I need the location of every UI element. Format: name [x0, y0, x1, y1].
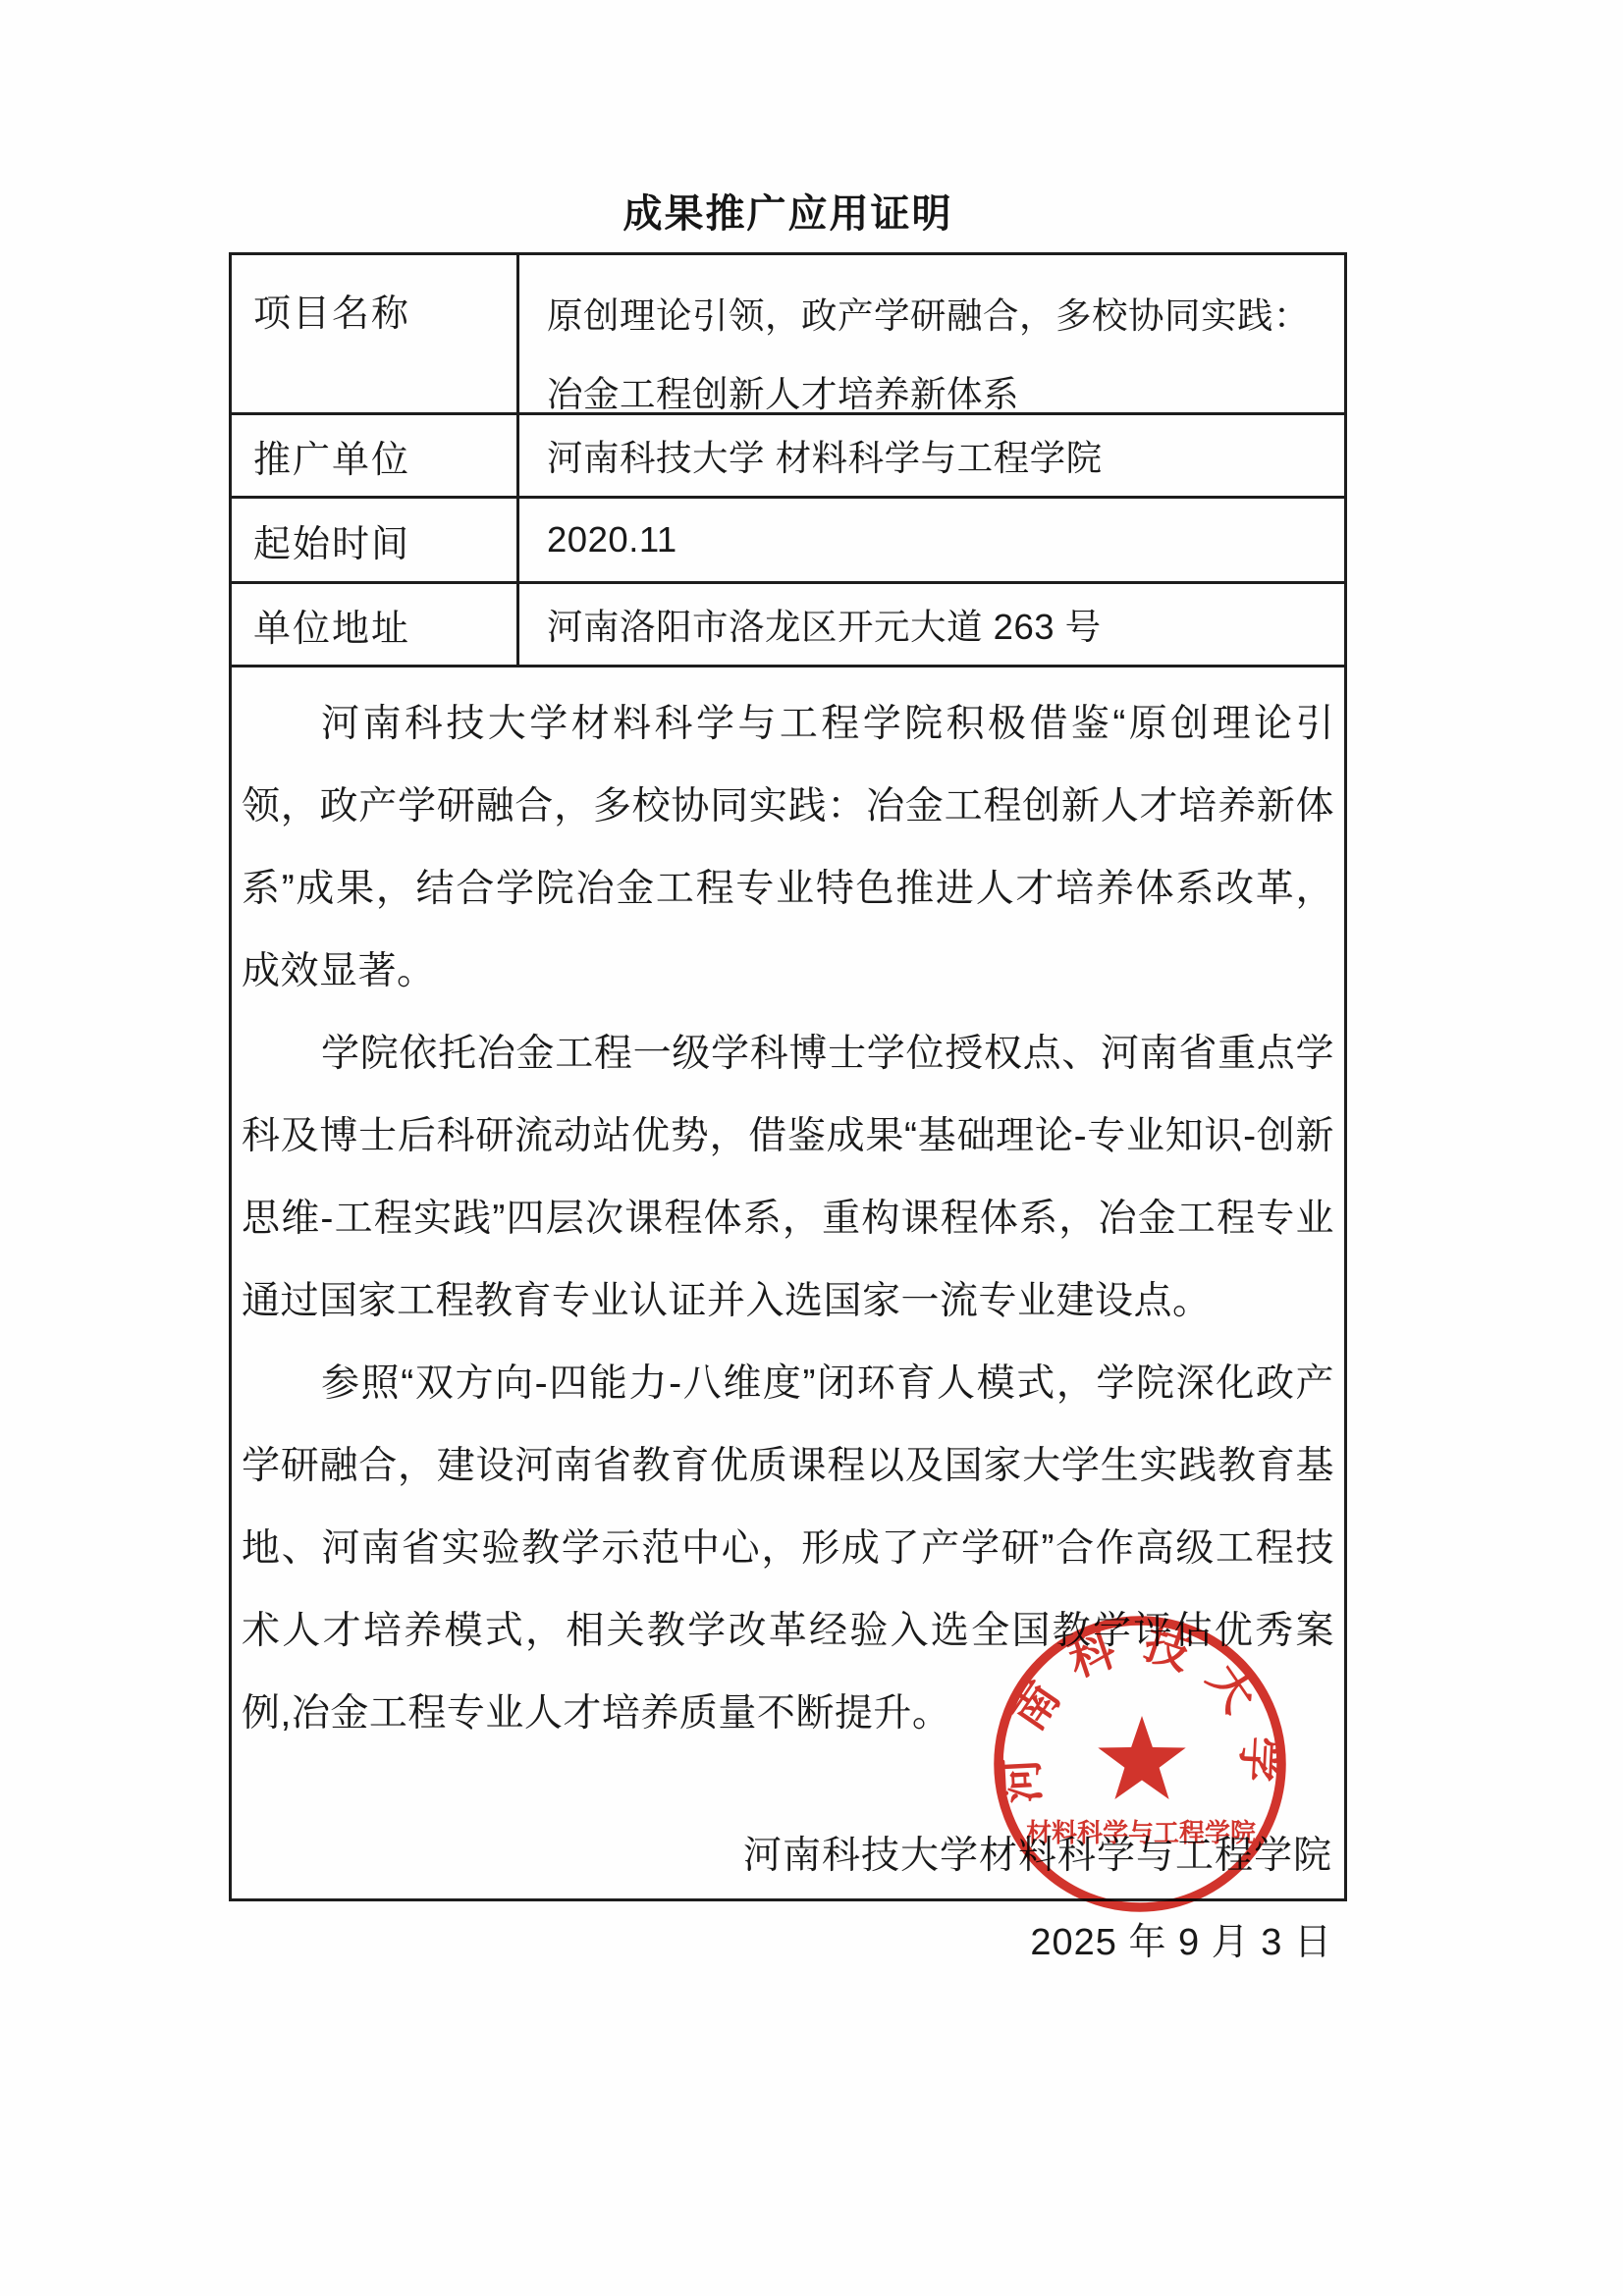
row-label-start-time: 起始时间: [232, 499, 519, 581]
table-row-project-name: 项目名称 原创理论引领，政产学研融合，多校协同实践：冶金工程创新人才培养新体系: [232, 255, 1344, 415]
table-row-promoting-unit: 推广单位 河南科技大学 材料科学与工程学院: [232, 415, 1344, 499]
signature-org: 河南科技大学材料科学与工程学院: [242, 1834, 1334, 1879]
row-label-unit-address: 单位地址: [232, 584, 519, 665]
body-paragraph-2: 学院依托冶金工程一级学科博士学位授权点、河南省重点学科及博士后科研流动站优势，借…: [242, 1013, 1334, 1343]
signature-date: 2025 年 9 月 3 日: [242, 1920, 1334, 1965]
row-value-promoting-unit: 河南科技大学 材料科学与工程学院: [519, 415, 1344, 496]
body-paragraph-3: 参照“双方向-四能力-八维度”闭环育人模式，学院深化政产学研融合，建设河南省教育…: [242, 1343, 1334, 1755]
row-value-unit-address: 河南洛阳市洛龙区开元大道 263 号: [519, 584, 1344, 665]
table-row-start-time: 起始时间 2020.11: [232, 499, 1344, 584]
row-value-project-name: 原创理论引领，政产学研融合，多校协同实践：冶金工程创新人才培养新体系: [519, 255, 1344, 412]
certificate-table: 项目名称 原创理论引领，政产学研融合，多校协同实践：冶金工程创新人才培养新体系 …: [229, 252, 1347, 1901]
certificate-body: 河南科技大学材料科学与工程学院积极借鉴“原创理论引领，政产学研融合，多校协同实践…: [232, 667, 1344, 1904]
document-title: 成果推广应用证明: [229, 183, 1347, 239]
row-label-promoting-unit: 推广单位: [232, 415, 519, 496]
certificate-page: 成果推广应用证明 项目名称 原创理论引领，政产学研融合，多校协同实践：冶金工程创…: [0, 0, 1623, 2296]
body-paragraph-1: 河南科技大学材料科学与工程学院积极借鉴“原创理论引领，政产学研融合，多校协同实践…: [242, 683, 1334, 1013]
row-value-start-time: 2020.11: [519, 499, 1344, 581]
row-label-project-name: 项目名称: [232, 255, 519, 412]
table-row-unit-address: 单位地址 河南洛阳市洛龙区开元大道 263 号: [232, 584, 1344, 667]
